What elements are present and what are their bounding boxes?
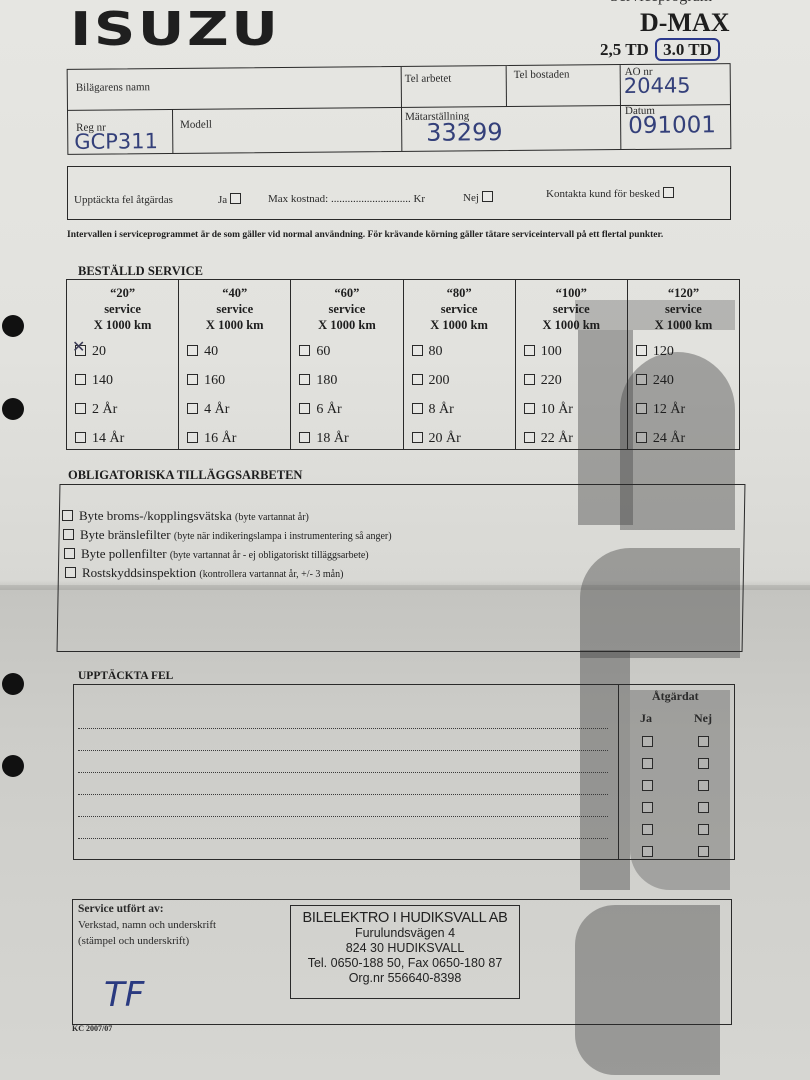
service-option[interactable]: 80	[412, 344, 461, 373]
customer-info-box: Bilägarens namn Tel arbetet Tel bostaden…	[67, 63, 732, 155]
yes-checkbox[interactable]	[230, 193, 241, 204]
mandatory-extra-title: OBLIGATORISKA TILLÄGGSARBETEN	[68, 468, 302, 483]
document-title: Serviceprogram	[610, 0, 712, 6]
detected-faults-title: UPPTÄCKTA FEL	[78, 670, 173, 682]
mandatory-extra-note: (byte när indikeringslampa i instrumente…	[174, 531, 392, 542]
fault-entry-line[interactable]	[78, 750, 608, 751]
fault-entry-line[interactable]	[78, 838, 608, 839]
ordered-service-grid: “20”serviceX 1000 km201402 År14 År“40”se…	[66, 279, 740, 450]
service-header-line: service	[291, 301, 402, 317]
fault-fixed-no-checkbox[interactable]	[698, 736, 709, 747]
service-option[interactable]: 180	[299, 373, 348, 402]
service-column: “40”serviceX 1000 km401604 År16 År	[179, 280, 291, 449]
service-header-line: service	[628, 301, 739, 317]
mandatory-extra-item[interactable]: Byte broms-/kopplingsvätska (byte vartan…	[62, 508, 392, 527]
service-header-line: X 1000 km	[628, 317, 739, 333]
service-column-header: “100”serviceX 1000 km	[516, 285, 627, 333]
no-label: Nej	[463, 192, 479, 204]
service-option-label: 20	[92, 344, 106, 359]
contact-label: Kontakta kund för besked	[546, 188, 660, 200]
service-column: “80”serviceX 1000 km802008 År20 År	[404, 280, 516, 449]
fault-fixed-no-checkbox[interactable]	[698, 824, 709, 835]
ordered-service-title: BESTÄLLD SERVICE	[78, 264, 203, 279]
mandatory-extra-label: Byte bränslefilter	[80, 527, 171, 542]
service-header-line: service	[516, 301, 627, 317]
binder-hole	[2, 673, 24, 695]
service-header-line: X 1000 km	[404, 317, 515, 333]
service-checkbox[interactable]	[299, 403, 310, 414]
service-header-line: “20”	[67, 285, 178, 301]
service-column-header: “20”serviceX 1000 km	[67, 285, 178, 333]
service-checkbox[interactable]	[187, 345, 198, 356]
tel-work-label: Tel arbetet	[405, 73, 452, 85]
service-checkbox[interactable]	[75, 374, 86, 385]
binder-hole	[2, 398, 24, 420]
service-checkbox[interactable]	[187, 374, 198, 385]
service-performed-title: Service utfört av:	[78, 903, 164, 915]
mandatory-extra-note: (kontrollera vartannat år, +/- 3 mån)	[199, 569, 343, 580]
service-header-line: “40”	[179, 285, 290, 301]
service-option[interactable]: 100	[524, 344, 573, 373]
service-option-label: 14 År	[92, 431, 124, 446]
date-field[interactable]: 091001	[628, 112, 716, 139]
service-checkbox[interactable]	[75, 345, 86, 356]
mandatory-extra-note: (byte vartannat år)	[235, 512, 309, 523]
fault-fixed-yes-checkbox[interactable]	[642, 824, 653, 835]
service-header-line: service	[179, 301, 290, 317]
service-option-label: 4 År	[204, 402, 229, 417]
ao-number-field[interactable]: 20445	[624, 73, 691, 98]
service-option[interactable]: 24 År	[636, 431, 685, 460]
service-option[interactable]: 14 År	[75, 431, 124, 460]
service-option[interactable]: 18 År	[299, 431, 348, 460]
service-option-label: 8 År	[429, 402, 454, 417]
currency-label: Kr	[413, 193, 425, 205]
fault-entry-line[interactable]	[78, 728, 608, 729]
max-cost-field[interactable]: Max kostnad: ...........................…	[268, 193, 425, 205]
binder-hole	[2, 315, 24, 337]
action-yes-header: Ja	[640, 711, 652, 726]
service-option-label: 18 År	[316, 431, 348, 446]
service-checkbox[interactable]	[524, 374, 535, 385]
tel-home-label: Tel bostaden	[514, 69, 570, 81]
service-option[interactable]: 60	[299, 344, 348, 373]
fault-fixed-yes-checkbox[interactable]	[642, 736, 653, 747]
fault-fixed-yes-checkbox[interactable]	[642, 802, 653, 813]
stamp-city: 824 30 HUDIKSVALL	[291, 941, 519, 956]
service-option-label: 2 År	[92, 402, 117, 417]
mandatory-extra-checkbox[interactable]	[65, 567, 76, 578]
service-option[interactable]: 16 År	[187, 431, 236, 460]
service-option[interactable]: 2 År	[75, 402, 124, 431]
fault-fixed-no-checkbox[interactable]	[698, 802, 709, 813]
service-header-line: “120”	[628, 285, 739, 301]
no-option[interactable]: Nej	[463, 191, 499, 204]
service-checkbox[interactable]	[524, 345, 535, 356]
contact-checkbox[interactable]	[663, 187, 674, 198]
fault-fixed-no-checkbox[interactable]	[698, 758, 709, 769]
service-option-label: 200	[429, 373, 450, 388]
stamp-signature-label: (stämpel och underskrift)	[78, 935, 189, 947]
service-option-label: 12 År	[653, 402, 685, 417]
workshop-signature-label: Verkstad, namn och underskrift	[78, 919, 216, 931]
fault-action-box: Upptäckta fel åtgärdas Ja Max kostnad: .…	[67, 166, 731, 220]
service-header-line: X 1000 km	[291, 317, 402, 333]
service-column: “120”serviceX 1000 km12024012 År24 År	[628, 280, 739, 449]
service-header-line: “80”	[404, 285, 515, 301]
service-option-label: 60	[316, 344, 330, 359]
engine-option-3-0-selected[interactable]: 3.0 TD	[655, 38, 720, 61]
service-header-line: “100”	[516, 285, 627, 301]
service-option[interactable]: 4 År	[187, 402, 236, 431]
service-checkbox[interactable]	[636, 374, 647, 385]
service-column-header: “120”serviceX 1000 km	[628, 285, 739, 333]
service-header-line: X 1000 km	[516, 317, 627, 333]
service-checkbox[interactable]	[187, 403, 198, 414]
service-header-line: “60”	[291, 285, 402, 301]
service-column: “60”serviceX 1000 km601806 År18 År	[291, 280, 403, 449]
yes-option[interactable]: Ja	[218, 193, 247, 206]
service-checkbox[interactable]	[636, 432, 647, 443]
service-option-label: 6 År	[316, 402, 341, 417]
service-option[interactable]: 240	[636, 373, 685, 402]
service-option[interactable]: 10 År	[524, 402, 573, 431]
contact-option[interactable]: Kontakta kund för besked	[546, 187, 680, 200]
service-option[interactable]: 200	[412, 373, 461, 402]
engine-option-2-5[interactable]: 2,5 TD	[600, 40, 649, 59]
service-checkbox[interactable]	[412, 432, 423, 443]
service-checkbox[interactable]	[636, 345, 647, 356]
service-option-label: 100	[541, 344, 562, 359]
service-column-header: “60”serviceX 1000 km	[291, 285, 402, 333]
action-no-header: Nej	[694, 711, 712, 726]
engine-options: 2,5 TD 3.0 TD	[600, 40, 720, 60]
fault-fixed-yes-checkbox[interactable]	[642, 780, 653, 791]
reg-number-field[interactable]: GCP311	[74, 129, 158, 154]
service-option[interactable]: 12 År	[636, 402, 685, 431]
service-header-line: service	[404, 301, 515, 317]
interval-note: Intervallen i serviceprogrammet är de so…	[67, 230, 663, 240]
service-checkbox[interactable]	[412, 374, 423, 385]
fault-fixed-yes-checkbox[interactable]	[642, 758, 653, 769]
mandatory-extra-label: Byte pollenfilter	[81, 546, 167, 561]
service-option-label: 40	[204, 344, 218, 359]
fault-entry-line[interactable]	[78, 816, 608, 817]
max-cost-label: Max kostnad:	[268, 193, 328, 205]
mandatory-extra-note: (byte vartannat år - ej obligatoriskt ti…	[170, 550, 369, 561]
service-header-line: X 1000 km	[67, 317, 178, 333]
service-option[interactable]: 140	[75, 373, 124, 402]
service-checkbox[interactable]	[299, 432, 310, 443]
mandatory-extra-item[interactable]: Byte bränslefilter (byte när indikerings…	[63, 527, 392, 546]
service-column: “20”serviceX 1000 km201402 År14 År	[67, 280, 179, 449]
fault-fixed-yes-checkbox[interactable]	[642, 846, 653, 857]
service-option-label: 20 År	[429, 431, 461, 446]
service-checkbox[interactable]	[412, 403, 423, 414]
service-column: “100”serviceX 1000 km10022010 År22 År	[516, 280, 628, 449]
service-checkbox[interactable]	[524, 432, 535, 443]
service-checkbox[interactable]	[187, 432, 198, 443]
service-option-label: 140	[92, 373, 113, 388]
mandatory-extra-checkbox[interactable]	[63, 529, 74, 540]
service-option[interactable]: 220	[524, 373, 573, 402]
service-option[interactable]: 160	[187, 373, 236, 402]
service-option-label: 220	[541, 373, 562, 388]
max-cost-dots: .............................	[331, 193, 411, 205]
service-option[interactable]: 20 År	[412, 431, 461, 460]
service-option[interactable]: 22 År	[524, 431, 573, 460]
service-option[interactable]: 40	[187, 344, 236, 373]
service-checkbox[interactable]	[412, 345, 423, 356]
service-checkbox[interactable]	[636, 403, 647, 414]
service-checkbox[interactable]	[75, 403, 86, 414]
service-checkbox[interactable]	[524, 403, 535, 414]
fault-fixed-no-checkbox[interactable]	[698, 846, 709, 857]
service-option[interactable]: 6 År	[299, 402, 348, 431]
fault-entry-line[interactable]	[78, 772, 608, 773]
service-column-header: “40”serviceX 1000 km	[179, 285, 290, 333]
service-option-label: 160	[204, 373, 225, 388]
action-header: Åtgärdat	[652, 689, 699, 704]
fault-action-label: Upptäckta fel åtgärdas	[74, 194, 173, 206]
service-checkbox[interactable]	[299, 374, 310, 385]
binder-hole	[2, 755, 24, 777]
mandatory-extra-list: Byte broms-/kopplingsvätska (byte vartan…	[62, 508, 392, 584]
no-checkbox[interactable]	[482, 191, 493, 202]
stamp-org-number: Org.nr 556640-8398	[291, 971, 519, 986]
mandatory-extra-item[interactable]: Byte pollenfilter (byte vartannat år - e…	[64, 546, 392, 565]
service-option-label: 240	[653, 373, 674, 388]
isuzu-logo: ISUZU	[70, 2, 280, 56]
odometer-field[interactable]: 33299	[426, 118, 503, 147]
service-option-label: 16 År	[204, 431, 236, 446]
fault-entry-line[interactable]	[78, 794, 608, 795]
yes-label: Ja	[218, 194, 227, 206]
model-name: D-MAX	[640, 8, 730, 38]
form-code: KC 2007/07	[72, 1024, 112, 1033]
fault-fixed-no-checkbox[interactable]	[698, 780, 709, 791]
service-option-label: 24 År	[653, 431, 685, 446]
service-option-label: 180	[316, 373, 337, 388]
service-header-line: service	[67, 301, 178, 317]
signature: TF	[104, 975, 144, 1015]
service-option[interactable]: 8 År	[412, 402, 461, 431]
service-option-label: 10 År	[541, 402, 573, 417]
service-header-line: X 1000 km	[179, 317, 290, 333]
service-checkbox[interactable]	[75, 432, 86, 443]
mandatory-extra-item[interactable]: Rostskyddsinspektion (kontrollera vartan…	[65, 565, 392, 584]
mandatory-extra-label: Byte broms-/kopplingsvätska	[79, 508, 232, 523]
stamp-phone: Tel. 0650-188 50, Fax 0650-180 87	[291, 956, 519, 971]
mandatory-extra-checkbox[interactable]	[64, 548, 75, 559]
service-option[interactable]: 120	[636, 344, 685, 373]
stamp-company-name: BILELEKTRO I HUDIKSVALL AB	[291, 910, 519, 926]
owner-name-label: Bilägarens namn	[76, 81, 150, 94]
service-option-label: 80	[429, 344, 443, 359]
model-label: Modell	[180, 119, 212, 131]
service-option[interactable]: 20	[75, 344, 124, 373]
mandatory-extra-checkbox[interactable]	[62, 510, 73, 521]
mandatory-extra-label: Rostskyddsinspektion	[82, 565, 196, 580]
workshop-stamp: BILELEKTRO I HUDIKSVALL AB Furulundsväge…	[290, 905, 520, 999]
stamp-street: Furulundsvägen 4	[291, 926, 519, 941]
service-option-label: 120	[653, 344, 674, 359]
service-column-header: “80”serviceX 1000 km	[404, 285, 515, 333]
service-checkbox[interactable]	[299, 345, 310, 356]
service-option-label: 22 År	[541, 431, 573, 446]
